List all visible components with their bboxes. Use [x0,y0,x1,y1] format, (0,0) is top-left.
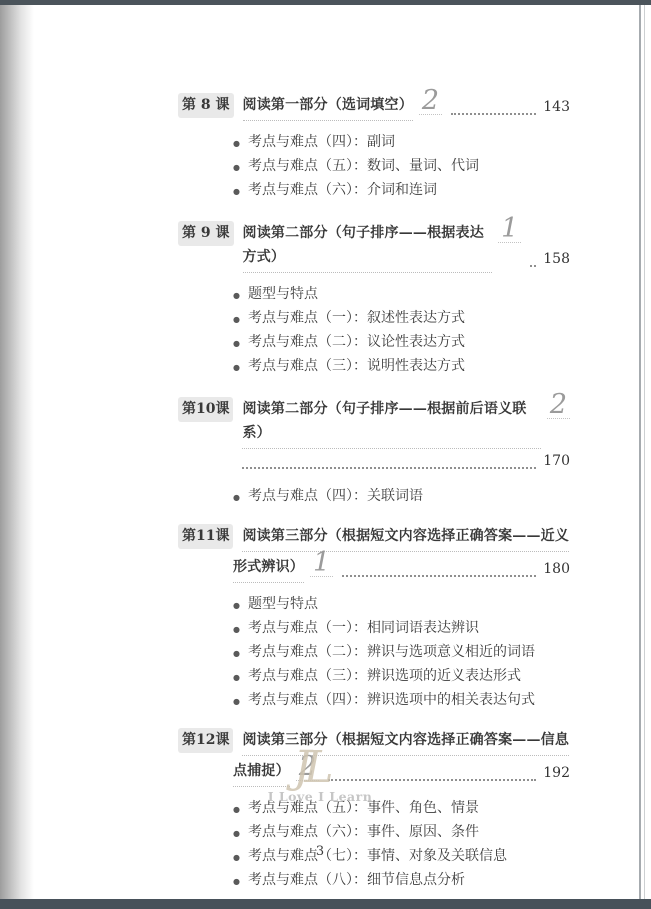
toc-item-text: 考点与难点（四）：关联词语 [248,485,423,508]
lesson-heading-row: 第 9 课阅读第二部分（句子排序——根据表达方式）1158 [178,218,570,273]
lesson-number-label: 第11课 [178,524,233,549]
toc-item-text: 题型与特点 [248,283,318,306]
page-number: 3 [0,844,640,859]
decorative-numeral: 1 [310,552,333,577]
toc-item-text: 考点与难点（四）：辨识选项中的相关表达句式 [248,689,535,712]
toc-item-text: 考点与难点（八）：细节信息点分析 [248,869,465,892]
bullet-icon: ● [233,642,240,665]
lesson-page-number: 180 [543,557,570,583]
lesson-heading-row: 第 8 课阅读第一部分（选词填空）2143 [178,90,570,121]
lesson-title-line: 阅读第二部分（句子排序——根据前后语义联系） [242,397,540,449]
lesson-topic-list: ●考点与难点（四）：副词●考点与难点（五）：数词、量词、代词●考点与难点（六）：… [233,131,570,203]
toc-item: ●考点与难点（一）：叙述性表达方式 [233,307,570,331]
bullet-icon: ● [233,356,240,379]
watermark-caption: I Love I Learn [250,789,390,804]
lesson-page-number: 170 [543,449,570,475]
lesson-heading-row: 第11课阅读第三部分（根据短文内容选择正确答案——近义 [178,524,570,552]
lesson-number-label: 第 9 课 [178,221,234,246]
toc-item: ●考点与难点（二）：议论性表达方式 [233,331,570,355]
lesson-heading-row: 形式辨识）1180 [233,552,570,583]
toc-item: ●考点与难点（二）：辨识与选项意义相近的词语 [233,641,570,665]
book-spine-shadow [0,5,34,899]
toc-lesson: 第10课阅读第二部分（句子排序——根据前后语义联系）2170●考点与难点（四）：… [178,394,570,509]
toc-item-text: 考点与难点（三）：说明性表达方式 [248,355,465,378]
lesson-title-line: 阅读第二部分（句子排序——根据表达方式） [243,221,493,273]
toc-lesson: 第 9 课阅读第二部分（句子排序——根据表达方式）1158●题型与特点●考点与难… [178,218,570,379]
bullet-icon: ● [233,486,240,509]
lesson-topic-list: ●题型与特点●考点与难点（一）：相同词语表达辨识●考点与难点（二）：辨识与选项意… [233,593,570,713]
decorative-numeral: 1 [498,218,521,243]
lesson-topic-list: ●考点与难点（四）：关联词语 [233,485,570,509]
decorative-numeral: 2 [419,90,442,115]
toc-lesson: 第11课阅读第三部分（根据短文内容选择正确答案——近义形式辨识）1180●题型与… [178,524,570,713]
toc-item: ●考点与难点（八）：细节信息点分析 [233,869,570,893]
bullet-icon: ● [233,594,240,617]
bullet-icon: ● [233,690,240,713]
bullet-icon: ● [233,284,240,307]
toc-item-text: 题型与特点 [248,593,318,616]
publisher-logo-watermark: JL [260,746,360,790]
dotted-leader [242,467,536,469]
bullet-icon: ● [233,156,240,179]
bullet-icon: ● [233,308,240,331]
toc-lesson: 第12课阅读第三部分（根据短文内容选择正确答案——信息点捕捉）2192●考点与难… [178,728,570,893]
bullet-icon: ● [233,666,240,689]
lesson-heading-row: 第12课阅读第三部分（根据短文内容选择正确答案——信息 [178,728,570,756]
toc-lesson: 第 8 课阅读第一部分（选词填空）2143●考点与难点（四）：副词●考点与难点（… [178,90,570,203]
page-edge-line [644,5,645,899]
bullet-icon: ● [233,822,240,845]
toc-item: ●考点与难点（四）：辨识选项中的相关表达句式 [233,689,570,713]
decorative-numeral: 2 [547,394,570,419]
bullet-icon: ● [233,870,240,893]
bullet-icon: ● [233,798,240,821]
lesson-number-label: 第12课 [178,728,233,753]
lesson-heading-row: 第10课阅读第二部分（句子排序——根据前后语义联系）2 [178,394,570,449]
page-edge-line [639,5,641,899]
dotted-leader [342,575,536,577]
toc-item: ●考点与难点（六）：事件、原因、条件 [233,821,570,845]
lesson-page-number: 143 [543,95,570,121]
book-top-edge [0,0,651,5]
toc-item: ●考点与难点（三）：辨识选项的近义表达形式 [233,665,570,689]
dotted-leader [451,113,536,115]
lesson-topic-list: ●题型与特点●考点与难点（一）：叙述性表达方式●考点与难点（二）：议论性表达方式… [233,283,570,379]
bullet-icon: ● [233,132,240,155]
toc-item-text: 考点与难点（四）：副词 [248,131,395,154]
toc-item-text: 考点与难点（一）：相同词语表达辨识 [248,617,479,640]
table-of-contents: 第 8 课阅读第一部分（选词填空）2143●考点与难点（四）：副词●考点与难点（… [178,90,570,908]
toc-item-text: 考点与难点（一）：叙述性表达方式 [248,307,465,330]
lesson-number-label: 第10课 [178,397,233,422]
toc-item-text: 考点与难点（五）：数词、量词、代词 [248,155,479,178]
lesson-page-number: 192 [543,761,570,787]
lesson-number-label: 第 8 课 [178,93,234,118]
lesson-heading-row: 170 [233,449,570,475]
toc-item: ●考点与难点（四）：副词 [233,131,570,155]
toc-item-text: 考点与难点（二）：议论性表达方式 [248,331,465,354]
toc-item: ●题型与特点 [233,593,570,617]
bullet-icon: ● [233,332,240,355]
toc-item-text: 考点与难点（六）：事件、原因、条件 [248,821,479,844]
bullet-icon: ● [233,618,240,641]
bullet-icon: ● [233,180,240,203]
lesson-page-number: 158 [543,247,570,273]
toc-item: ●题型与特点 [233,283,570,307]
lesson-title-line: 阅读第一部分（选词填空） [243,93,413,121]
toc-item: ●考点与难点（三）：说明性表达方式 [233,355,570,379]
toc-item: ●考点与难点（五）：数词、量词、代词 [233,155,570,179]
toc-item-text: 考点与难点（六）：介词和连词 [248,179,437,202]
dotted-leader [530,265,536,267]
toc-item-text: 考点与难点（三）：辨识选项的近义表达形式 [248,665,521,688]
lesson-title-line: 阅读第三部分（根据短文内容选择正确答案——近义 [242,524,569,552]
toc-item: ●考点与难点（四）：关联词语 [233,485,570,509]
toc-item-text: 考点与难点（二）：辨识与选项意义相近的词语 [248,641,535,664]
toc-item: ●考点与难点（一）：相同词语表达辨识 [233,617,570,641]
lesson-title-line: 形式辨识） [233,555,304,583]
toc-item: ●考点与难点（六）：介词和连词 [233,179,570,203]
